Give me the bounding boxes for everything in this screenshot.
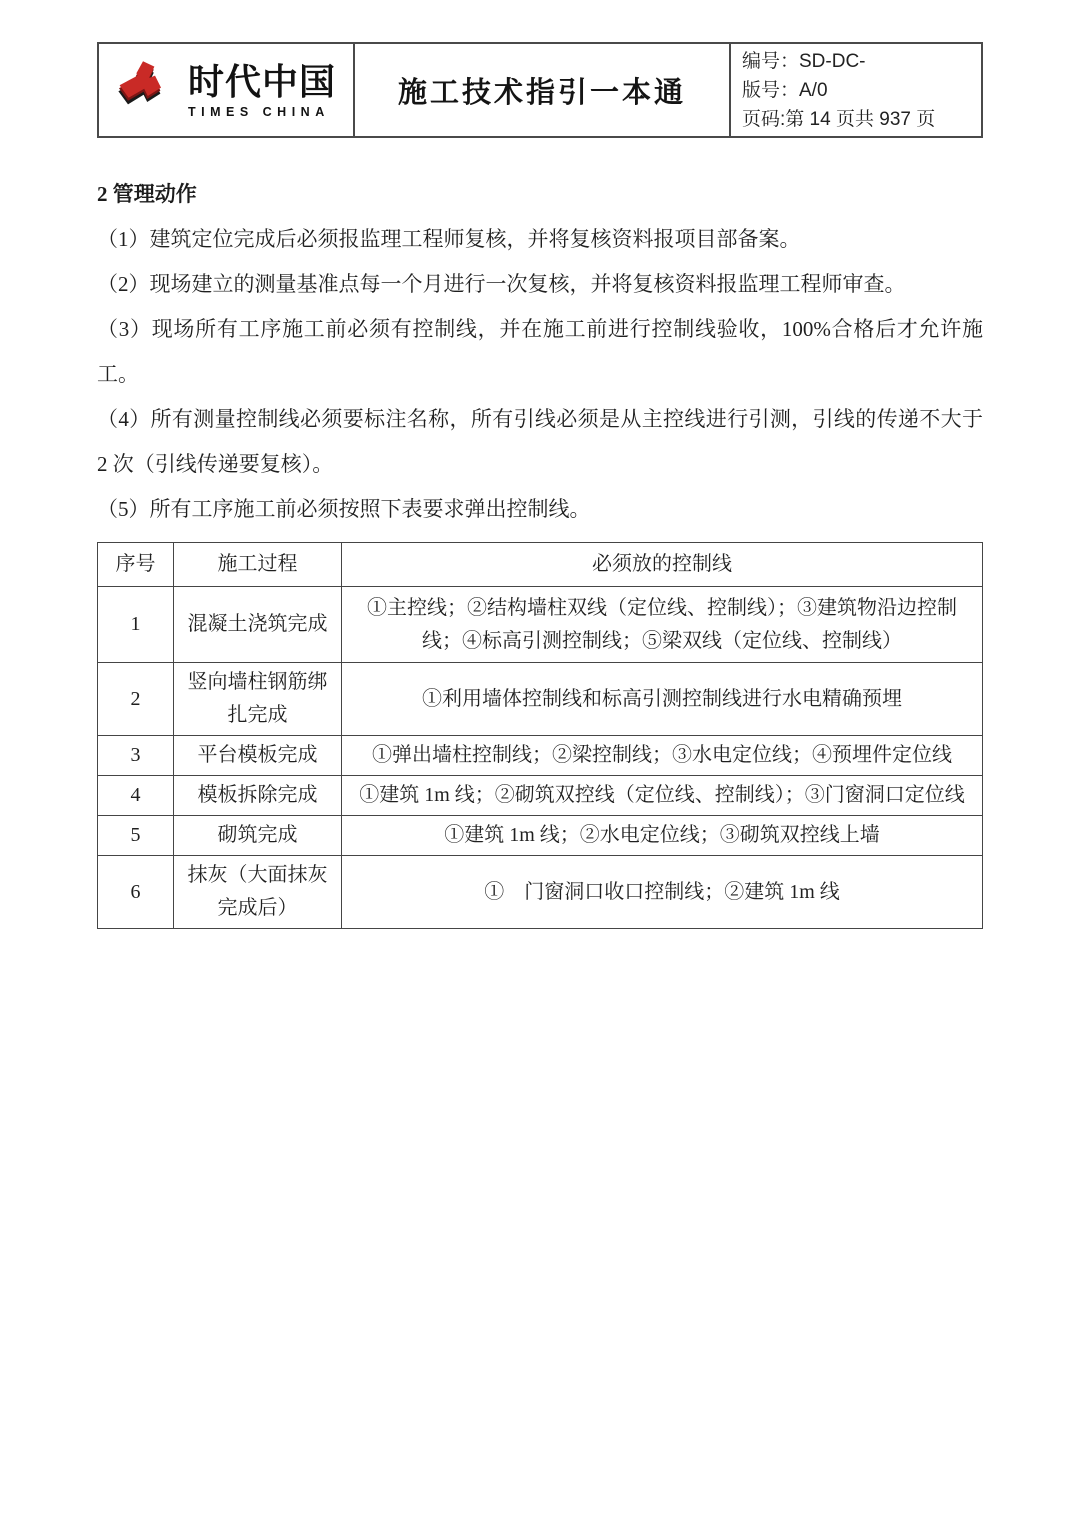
- row-process: 抹灰（大面抹灰完成后）: [174, 856, 342, 929]
- doc-version: 版号：A/0: [742, 76, 828, 105]
- paragraph-5: （5）所有工序施工前必须按照下表要求弹出控制线。: [97, 487, 983, 532]
- document-info-cell: 编号：SD-DC- 版号：A/0 页码:第 14 页共 937 页: [731, 44, 981, 136]
- section-heading: 2 管理动作: [97, 172, 983, 217]
- row-seq: 5: [98, 816, 174, 856]
- row-process: 混凝土浇筑完成: [174, 587, 342, 663]
- page-content: 时代中国 TIMES CHINA 施工技术指引一本通 编号：SD-DC- 版号：…: [97, 42, 983, 929]
- document-title: 施工技术指引一本通: [398, 70, 686, 111]
- document-page: 时代中国 TIMES CHINA 施工技术指引一本通 编号：SD-DC- 版号：…: [0, 0, 1080, 1527]
- row-process: 砌筑完成: [174, 816, 342, 856]
- table-row: 4 模板拆除完成 ①建筑 1m 线；②砌筑双控线（定位线、控制线）；③门窗洞口定…: [98, 776, 983, 816]
- logo-wordmark: 时代中国 TIMES CHINA: [188, 62, 336, 119]
- paragraph-1: （1）建筑定位完成后必须报监理工程师复核，并将复核资料报项目部备案。: [97, 217, 983, 262]
- paragraph-4: （4）所有测量控制线必须要标注名称，所有引线必须是从主控线进行引测，引线的传递不…: [97, 397, 983, 487]
- document-header: 时代中国 TIMES CHINA 施工技术指引一本通 编号：SD-DC- 版号：…: [97, 42, 983, 138]
- logo-cell: 时代中国 TIMES CHINA: [99, 44, 353, 136]
- row-process: 平台模板完成: [174, 736, 342, 776]
- row-seq: 4: [98, 776, 174, 816]
- table-header-row: 序号 施工过程 必须放的控制线: [98, 543, 983, 587]
- times-china-logo-icon: [116, 52, 176, 128]
- col-header-lines: 必须放的控制线: [342, 543, 983, 587]
- doc-page-number: 页码:第 14 页共 937 页: [742, 105, 935, 134]
- logo-english-name: TIMES CHINA: [188, 105, 330, 119]
- table-row: 5 砌筑完成 ①建筑 1m 线；②水电定位线；③砌筑双控线上墙: [98, 816, 983, 856]
- row-lines: ①建筑 1m 线；②砌筑双控线（定位线、控制线）；③门窗洞口定位线: [342, 776, 983, 816]
- title-cell: 施工技术指引一本通: [353, 44, 731, 136]
- row-lines: ①利用墙体控制线和标高引测控制线进行水电精确预埋: [342, 663, 983, 736]
- table-row: 3 平台模板完成 ①弹出墙柱控制线；②梁控制线；③水电定位线；④预埋件定位线: [98, 736, 983, 776]
- col-header-process: 施工过程: [174, 543, 342, 587]
- row-process: 竖向墙柱钢筋绑扎完成: [174, 663, 342, 736]
- paragraph-3: （3）现场所有工序施工前必须有控制线，并在施工前进行控制线验收，100%合格后才…: [97, 307, 983, 397]
- row-seq: 2: [98, 663, 174, 736]
- table-row: 1 混凝土浇筑完成 ①主控线；②结构墙柱双线（定位线、控制线）；③建筑物沿边控制…: [98, 587, 983, 663]
- table-row: 6 抹灰（大面抹灰完成后） ① 门窗洞口收口控制线；②建筑 1m 线: [98, 856, 983, 929]
- row-process: 模板拆除完成: [174, 776, 342, 816]
- row-lines: ①弹出墙柱控制线；②梁控制线；③水电定位线；④预埋件定位线: [342, 736, 983, 776]
- table-row: 2 竖向墙柱钢筋绑扎完成 ①利用墙体控制线和标高引测控制线进行水电精确预埋: [98, 663, 983, 736]
- paragraph-2: （2）现场建立的测量基准点每一个月进行一次复核，并将复核资料报监理工程师审查。: [97, 262, 983, 307]
- col-header-seq: 序号: [98, 543, 174, 587]
- row-lines: ①建筑 1m 线；②水电定位线；③砌筑双控线上墙: [342, 816, 983, 856]
- row-seq: 6: [98, 856, 174, 929]
- logo-chinese-name: 时代中国: [188, 62, 336, 102]
- row-lines: ①主控线；②结构墙柱双线（定位线、控制线）；③建筑物沿边控制线；④标高引测控制线…: [342, 587, 983, 663]
- row-seq: 3: [98, 736, 174, 776]
- control-line-table: 序号 施工过程 必须放的控制线 1 混凝土浇筑完成 ①主控线；②结构墙柱双线（定…: [97, 542, 983, 929]
- row-lines: ① 门窗洞口收口控制线；②建筑 1m 线: [342, 856, 983, 929]
- row-seq: 1: [98, 587, 174, 663]
- doc-number: 编号：SD-DC-: [742, 47, 866, 76]
